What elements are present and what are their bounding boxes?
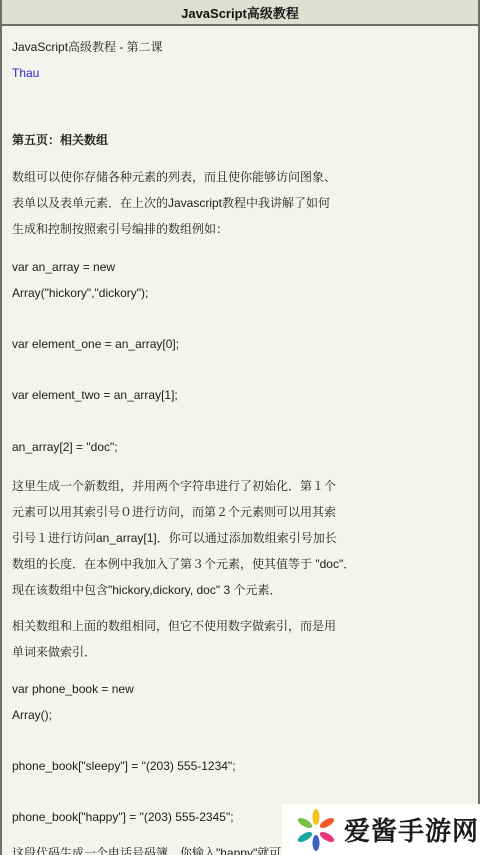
code-line: Array("hickory","dickory"); <box>12 286 148 300</box>
paragraph-line: 数组可以使你存储各种元素的列表，而且使你能够访问图象、 <box>12 168 336 185</box>
paragraph-line: 相关数组和上面的数组相同，但它不使用数字做索引，而是用 <box>12 617 336 634</box>
code-line: an_array[2] = "doc"; <box>12 440 118 454</box>
paragraph-line: 这里生成一个新数组，并用两个字符串进行了初始化．第１个 <box>12 477 336 494</box>
paragraph-line: 生成和控制按照索引号编排的数组例如： <box>12 220 228 237</box>
code-line: var element_one = an_array[0]; <box>12 337 179 351</box>
paragraph-line: 现在该数组中包含"hickory,dickory, doc" 3 个元素． <box>12 581 281 598</box>
code-line: var an_array = new <box>12 260 115 274</box>
section-heading: 第五页：相关数组 <box>12 131 108 148</box>
watermark: 爱酱手游网 <box>282 804 480 855</box>
paragraph-line: 数组的长度．在本例中我加入了第３个元素，使其值等于 "doc"． <box>12 555 355 572</box>
paragraph-line: 单词来做索引． <box>12 643 96 660</box>
code-line: var phone_book = new <box>12 682 134 696</box>
code-line: phone_book["sleepy"] = "(203) 555-1234"; <box>12 759 236 773</box>
author-link[interactable]: Thau <box>12 66 39 80</box>
pinwheel-logo-icon <box>294 808 338 852</box>
code-line: Array(); <box>12 708 52 722</box>
window-title: JavaScript高级教程 <box>181 3 299 22</box>
code-line: var element_two = an_array[1]; <box>12 388 178 402</box>
paragraph-line: 引号１进行访问an_array[1]．你可以通过添加数组索引号加长 <box>12 529 337 546</box>
paragraph-line: 表单以及表单元素．在上次的Javascript教程中我讲解了如何 <box>12 194 330 211</box>
browser-window: JavaScript高级教程 JavaScript高级教程 - 第二课 Thau… <box>0 0 480 855</box>
paragraph-line-partial: 这段代码生成一个电话号码簿，你输入"happy"就可以 <box>12 844 293 855</box>
code-line: phone_book["happy"] = "(203) 555-2345"; <box>12 810 234 824</box>
title-bar: JavaScript高级教程 <box>2 0 478 26</box>
watermark-text: 爱酱手游网 <box>344 811 479 848</box>
paragraph-line: 元素可以用其索引号０进行访问，而第２个元素则可以用其索 <box>12 503 336 520</box>
article-subtitle: JavaScript高级教程 - 第二课 <box>12 38 163 55</box>
